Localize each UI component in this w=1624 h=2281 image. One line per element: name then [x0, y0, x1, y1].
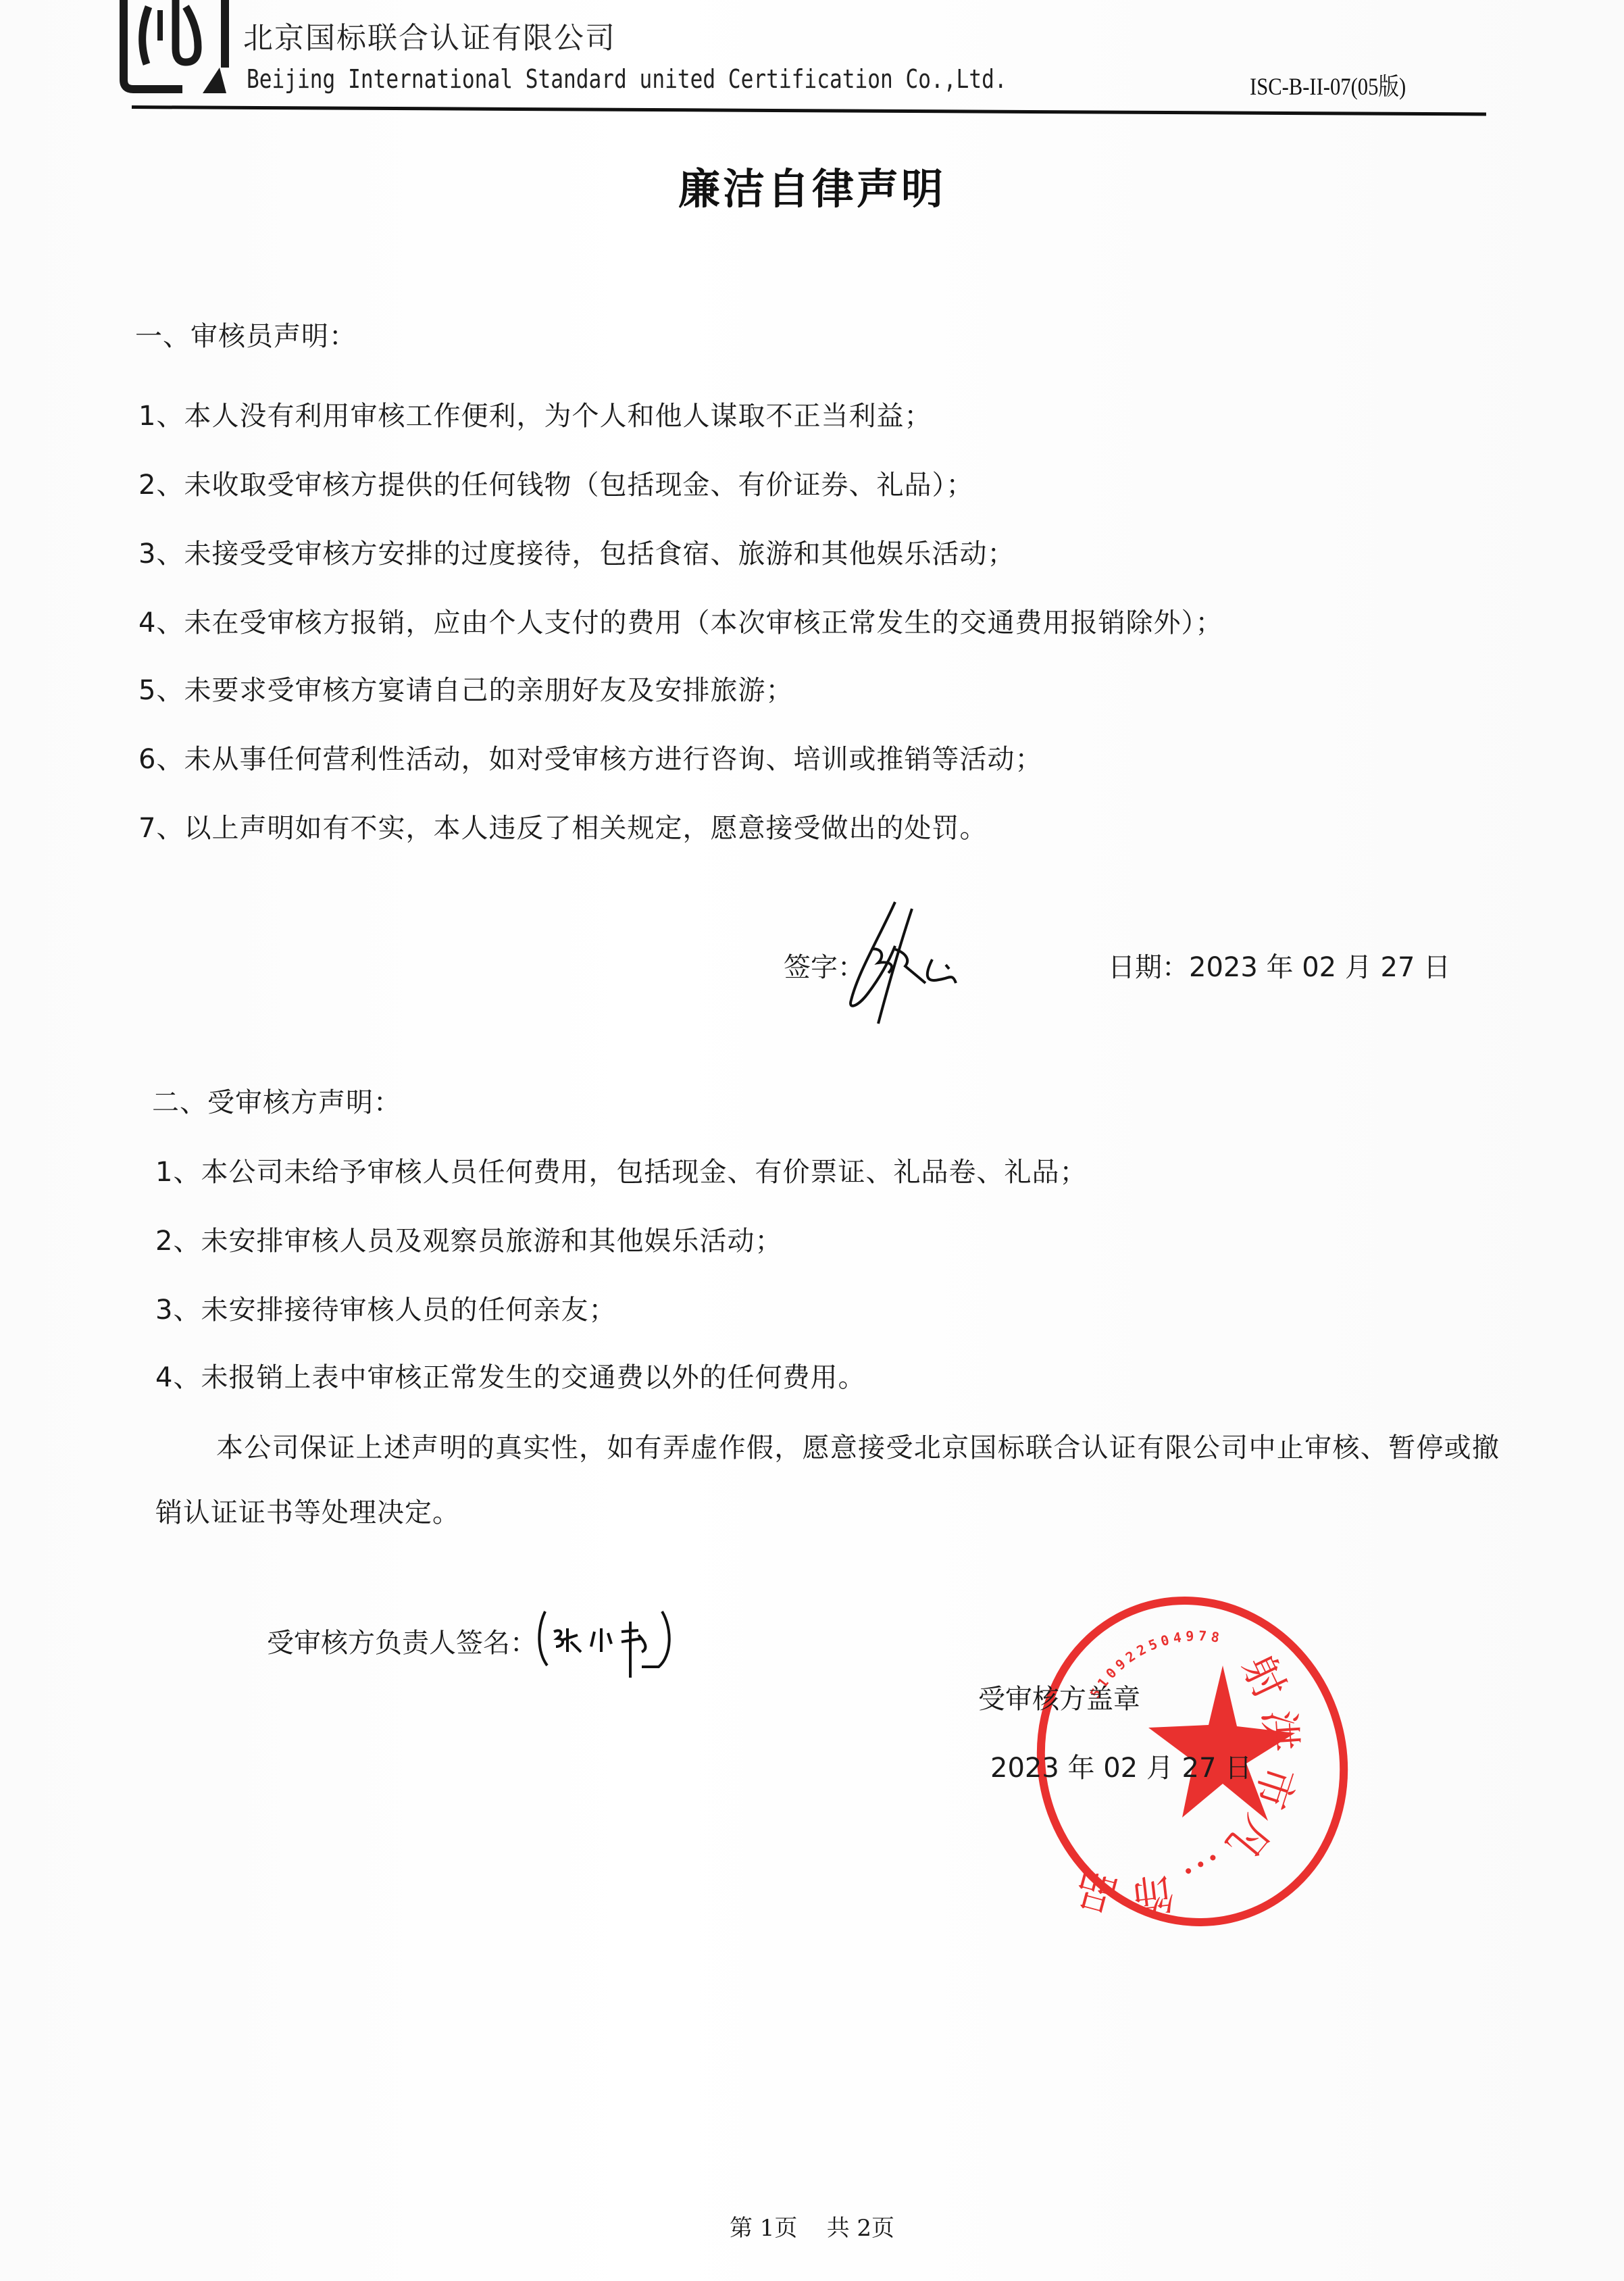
- page-title: 廉洁自律声明: [0, 155, 1624, 216]
- auditor-declaration-item: 1、本人没有利用审核工作便利，为个人和他人谋取不正当利益；: [138, 395, 932, 433]
- seal-label: 受审核方盖章: [978, 1678, 1140, 1716]
- auditee-declaration-item: 3、未安排接待审核人员的任何亲友；: [155, 1288, 616, 1327]
- auditee-declaration-item: 4、未报销上表中审核正常发生的交通费以外的任何费用。: [155, 1356, 865, 1395]
- page-number: 第 1页 共 2页: [0, 2209, 1624, 2242]
- auditor-declaration-item: 3、未接受受审核方安排的过度接待，包括食宿、旅游和其他娱乐活动；: [138, 532, 1015, 571]
- auditor-declaration-item: 4、未在受审核方报销，应由个人支付的费用（本次审核正常发生的交通费用报销除外）；: [138, 601, 1223, 640]
- auditor-declaration-item: 7、以上声明如有不实，本人违反了相关规定，愿意接受做出的处罚。: [138, 807, 987, 845]
- auditee-guarantee-paragraph: 本公司保证上述声明的真实性，如有弄虚作假，愿意接受北京国标联合认证有限公司中止审…: [155, 1415, 1500, 1545]
- auditor-declaration-item: 5、未要求受审核方宴请自己的亲朋好友及安排旅游；: [138, 669, 793, 707]
- header-divider: [132, 105, 1486, 116]
- responsible-person-sign-label: 受审核方负责人签名：: [267, 1622, 537, 1660]
- company-name-en: Beijing International Standard united Ce…: [247, 64, 1007, 94]
- auditor-declaration-item: 6、未从事任何营利性活动，如对受审核方进行咨询、培训或推销等活动；: [138, 738, 1042, 776]
- isc-logo-icon: [118, 0, 233, 95]
- auditee-declaration-item: 2、未安排审核人员及观察员旅游和其他娱乐活动；: [155, 1220, 782, 1258]
- auditor-sign-date: 日期：2023 年 02 月 27 日: [1108, 946, 1450, 984]
- handwritten-signature-icon: [537, 1605, 679, 1679]
- auditee-declaration-heading: 二、受审核方声明：: [152, 1081, 401, 1120]
- seal-date: 2023 年 02 月 27 日: [990, 1747, 1252, 1785]
- auditor-declaration-item: 2、未收取受审核方提供的任何钱物（包括现金、有价证券、礼品）；: [138, 463, 973, 502]
- handwritten-signature-icon: [831, 899, 986, 1027]
- auditee-declaration-item: 1、本公司未给予审核人员任何费用，包括现金、有价票证、礼品卷、礼品；: [155, 1151, 1087, 1189]
- document-code: ISC-B-II-07(05版): [1250, 68, 1406, 102]
- auditor-declaration-heading: 一、审核员声明：: [135, 315, 357, 353]
- company-name-cn: 北京国标联合认证有限公司: [243, 14, 616, 57]
- document-page: 北京国标联合认证有限公司 Beijing International Stand…: [0, 0, 1624, 2281]
